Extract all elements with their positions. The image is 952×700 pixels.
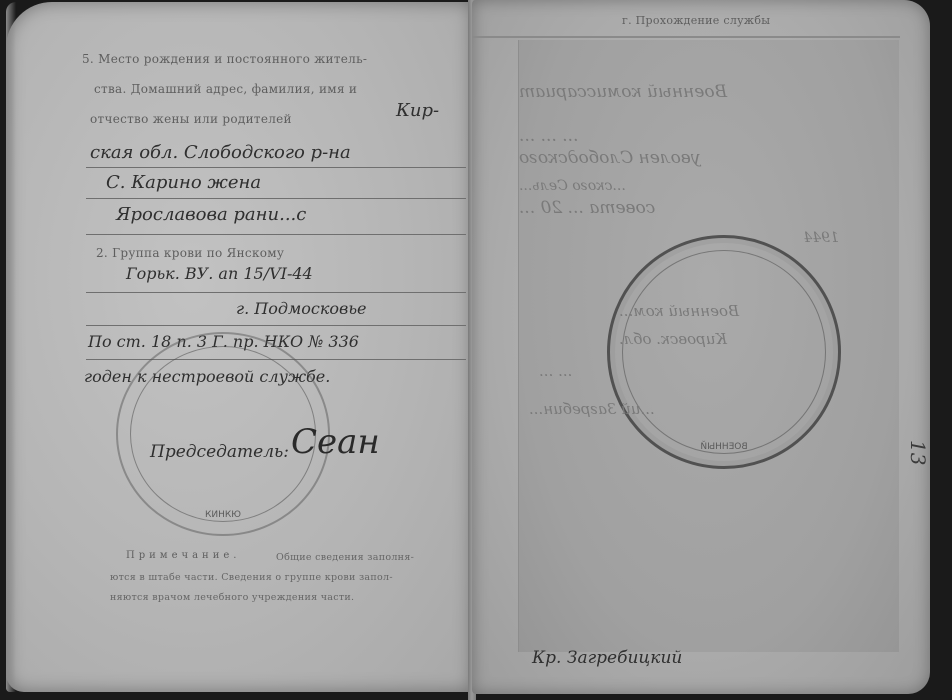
item5-handwritten-2: С. Карино жена — [106, 172, 261, 193]
mirrored-line-2: уволен Слободского — [519, 148, 849, 168]
stamp-hand-3: ...ий Загребин... — [529, 400, 839, 418]
inner-sheet: Военный комиссариат ... ... ... уволен С… — [518, 40, 899, 652]
note-heading: Примечание. — [126, 550, 240, 561]
stamp-hand-2: ... ... — [539, 362, 839, 380]
stamp-hand-1: Кировск. обл. — [619, 330, 799, 348]
item5-label-line2: ства. Домашний адрес, фамилия, имя и — [94, 82, 357, 96]
rule — [86, 198, 466, 199]
mirrored-line-4: совета ... 20 ... — [519, 198, 849, 218]
rule — [86, 234, 466, 235]
item2-label: 2. Группа крови по Янскому — [96, 246, 284, 260]
footer-signature: Кр. Загребицкий — [532, 648, 682, 668]
item5-label-line3: отчество жены или родителей — [90, 112, 292, 126]
item5-handwritten-0: Кир- — [396, 100, 439, 121]
item5-handwritten-3: Ярославова рани...с — [116, 204, 306, 225]
chairman-signature: Сеан — [291, 422, 380, 462]
stamp-inner-ring — [130, 346, 316, 522]
stamp-inner-ring — [622, 250, 826, 454]
note-line2: ются в штабе части. Сведения о группе кр… — [110, 572, 393, 583]
chairman-label: Председатель: — [150, 442, 289, 462]
margin-handwriting: 13 — [900, 440, 930, 465]
military-commissariat-stamp: ВОЕННЫЙ — [607, 235, 841, 469]
rule — [86, 167, 466, 168]
stamp-text: ВОЕННЫЙ — [610, 442, 838, 452]
right-page: г. Прохождение службы Военный комиссариа… — [472, 0, 930, 694]
mirrored-line-1: ... ... ... — [519, 126, 849, 146]
item2-handwritten-0: Горьк. ВУ. ап 15/VI-44 — [126, 264, 313, 283]
mirrored-line-0: Военный комиссариат — [519, 82, 849, 102]
stamp-text: КИНКЮ — [118, 510, 328, 520]
item2-handwritten-1: г. Подмосковье — [236, 299, 367, 318]
note-line3: няются врачом лечебного учреждения части… — [110, 592, 354, 603]
item5-label-line1: 5. Место рождения и постоянного житель- — [82, 52, 367, 66]
item5-handwritten-1: ская обл. Слободского р-на — [90, 142, 351, 163]
note-line1: Общие сведения заполня- — [276, 552, 414, 563]
rule — [86, 292, 466, 293]
header-rule — [472, 36, 900, 38]
rule — [86, 325, 466, 326]
left-page: 5. Место рождения и постоянного житель- … — [6, 2, 472, 692]
section-header: г. Прохождение службы — [622, 14, 770, 27]
stamp-hand-0: Военный ком... — [619, 302, 799, 320]
mirrored-line-3: ...ского Сель... — [519, 178, 839, 194]
